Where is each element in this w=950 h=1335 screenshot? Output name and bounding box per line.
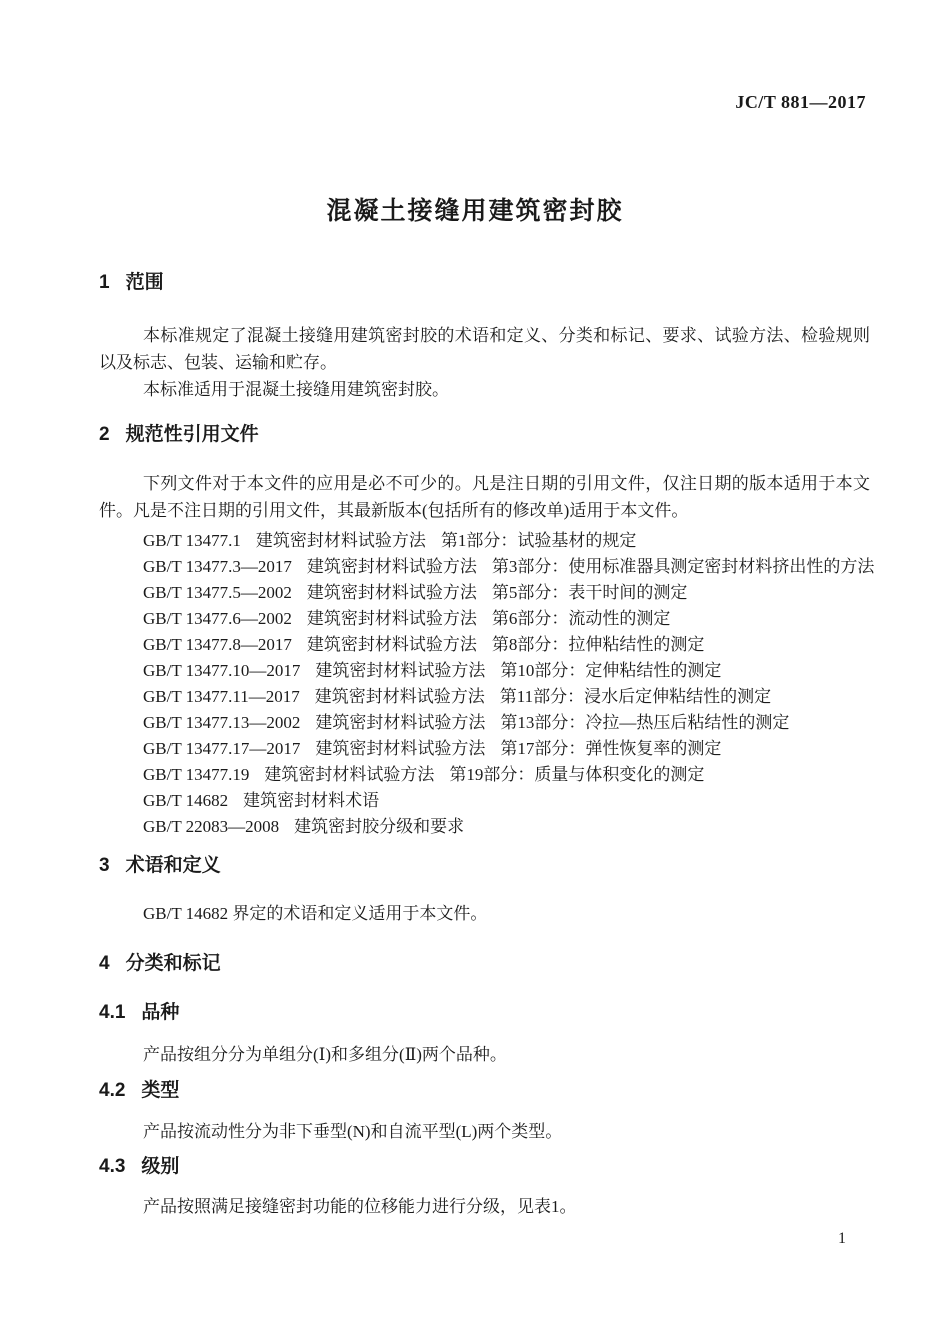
heading-number: 4 — [99, 953, 110, 976]
heading-text: 范围 — [126, 272, 164, 293]
heading-text: 规范性引用文件 — [126, 424, 259, 445]
reference-part: 第19部分：质量与体积变化的测定 — [449, 765, 704, 784]
reference-code: GB/T 13477.11—2017 — [143, 687, 300, 706]
reference-code: GB/T 13477.1 — [143, 531, 241, 550]
section-heading-terms: 3术语和定义 — [99, 855, 221, 878]
reference-title: 建筑密封材料试验方法 — [307, 583, 477, 602]
normative-intro: 下列文件对于本文件的应用是必不可少的。凡是注日期的引用文件，仅注日期的版本适用于… — [99, 470, 870, 524]
reference-part: 第11部分：浸水后定伸粘结性的测定 — [500, 687, 771, 706]
reference-part: 第1部分：试验基材的规定 — [441, 531, 637, 550]
subsection-heading-variety: 4.1品种 — [99, 1002, 179, 1025]
reference-item: GB/T 13477.6—2002建筑密封材料试验方法第6部分：流动性的测定 — [143, 606, 874, 632]
heading-number: 3 — [99, 855, 110, 878]
reference-title: 建筑密封材料试验方法 — [315, 661, 485, 680]
reference-item: GB/T 13477.8—2017建筑密封材料试验方法第8部分：拉伸粘结性的测定 — [143, 632, 874, 658]
subsection-heading-type: 4.2类型 — [99, 1080, 179, 1103]
reference-part: 第10部分：定伸粘结性的测定 — [500, 661, 721, 680]
reference-code: GB/T 14682 — [143, 791, 228, 810]
reference-code: GB/T 22083—2008 — [143, 817, 279, 836]
heading-number: 1 — [99, 272, 110, 295]
reference-item: GB/T 13477.10—2017建筑密封材料试验方法第10部分：定伸粘结性的… — [143, 658, 874, 684]
reference-part: 第17部分：弹性恢复率的测定 — [500, 739, 721, 758]
subsection-heading-grade: 4.3级别 — [99, 1156, 179, 1179]
reference-code: GB/T 13477.17—2017 — [143, 739, 300, 758]
reference-title: 建筑密封材料试验方法 — [264, 765, 434, 784]
scope-paragraph-2: 本标准适用于混凝土接缝用建筑密封胶。 — [99, 376, 870, 403]
reference-item: GB/T 13477.13—2002建筑密封材料试验方法第13部分：冷拉—热压后… — [143, 710, 874, 736]
reference-part: 第13部分：冷拉—热压后粘结性的测定 — [500, 713, 789, 732]
doc-title: 混凝土接缝用建筑密封胶 — [0, 191, 950, 227]
reference-title: 建筑密封材料试验方法 — [315, 713, 485, 732]
reference-title: 建筑密封材料试验方法 — [307, 635, 477, 654]
heading-text: 类型 — [141, 1080, 179, 1101]
reference-item: GB/T 22083—2008建筑密封胶分级和要求 — [143, 814, 874, 840]
reference-item: GB/T 14682建筑密封材料术语 — [143, 788, 874, 814]
reference-list: GB/T 13477.1建筑密封材料试验方法第1部分：试验基材的规定 GB/T … — [143, 528, 874, 840]
heading-text: 术语和定义 — [126, 855, 221, 876]
reference-part: 第8部分：拉伸粘结性的测定 — [492, 635, 705, 654]
heading-text: 品种 — [141, 1002, 179, 1023]
reference-title: 建筑密封材料试验方法 — [315, 739, 485, 758]
reference-code: GB/T 13477.5—2002 — [143, 583, 292, 602]
reference-item: GB/T 13477.5—2002建筑密封材料试验方法第5部分：表干时间的测定 — [143, 580, 874, 606]
heading-number: 4.1 — [99, 1002, 125, 1025]
reference-item: GB/T 13477.1建筑密封材料试验方法第1部分：试验基材的规定 — [143, 528, 874, 554]
reference-code: GB/T 13477.13—2002 — [143, 713, 300, 732]
heading-number: 2 — [99, 424, 110, 447]
scope-paragraph-1: 本标准规定了混凝土接缝用建筑密封胶的术语和定义、分类和标记、要求、试验方法、检验… — [99, 322, 870, 376]
reference-code: GB/T 13477.10—2017 — [143, 661, 300, 680]
document-page: JC/T 881—2017 混凝土接缝用建筑密封胶 1范围 本标准规定了混凝土接… — [0, 0, 950, 1335]
reference-part: 第5部分：表干时间的测定 — [492, 583, 688, 602]
type-paragraph: 产品按流动性分为非下垂型(N)和自流平型(L)两个类型。 — [99, 1118, 870, 1145]
heading-text: 分类和标记 — [126, 953, 221, 974]
reference-title: 建筑密封胶分级和要求 — [294, 817, 464, 836]
page-number: 1 — [838, 1230, 846, 1248]
reference-part: 第3部分：使用标准器具测定密封材料挤出性的方法 — [492, 557, 875, 576]
heading-number: 4.3 — [99, 1156, 125, 1179]
grade-paragraph: 产品按照满足接缝密封功能的位移能力进行分级，见表1。 — [99, 1193, 870, 1220]
reference-part: 第6部分：流动性的测定 — [492, 609, 671, 628]
terms-paragraph: GB/T 14682 界定的术语和定义适用于本文件。 — [99, 900, 870, 927]
heading-number: 4.2 — [99, 1080, 125, 1103]
reference-title: 建筑密封材料试验方法 — [307, 557, 477, 576]
reference-item: GB/T 13477.17—2017建筑密封材料试验方法第17部分：弹性恢复率的… — [143, 736, 874, 762]
reference-title: 建筑密封材料试验方法 — [307, 609, 477, 628]
reference-title: 建筑密封材料试验方法 — [256, 531, 426, 550]
reference-item: GB/T 13477.3—2017建筑密封材料试验方法第3部分：使用标准器具测定… — [143, 554, 874, 580]
reference-code: GB/T 13477.3—2017 — [143, 557, 292, 576]
section-heading-classification: 4分类和标记 — [99, 953, 221, 976]
reference-title: 建筑密封材料术语 — [243, 791, 379, 810]
reference-code: GB/T 13477.8—2017 — [143, 635, 292, 654]
reference-item: GB/T 13477.19建筑密封材料试验方法第19部分：质量与体积变化的测定 — [143, 762, 874, 788]
reference-item: GB/T 13477.11—2017建筑密封材料试验方法第11部分：浸水后定伸粘… — [143, 684, 874, 710]
heading-text: 级别 — [141, 1156, 179, 1177]
section-heading-scope: 1范围 — [99, 272, 164, 295]
section-heading-normative: 2规范性引用文件 — [99, 424, 259, 447]
reference-title: 建筑密封材料试验方法 — [315, 687, 485, 706]
reference-code: GB/T 13477.6—2002 — [143, 609, 292, 628]
reference-code: GB/T 13477.19 — [143, 765, 249, 784]
doc-number: JC/T 881—2017 — [735, 92, 866, 113]
variety-paragraph: 产品按组分分为单组分(Ⅰ)和多组分(Ⅱ)两个品种。 — [99, 1041, 870, 1068]
